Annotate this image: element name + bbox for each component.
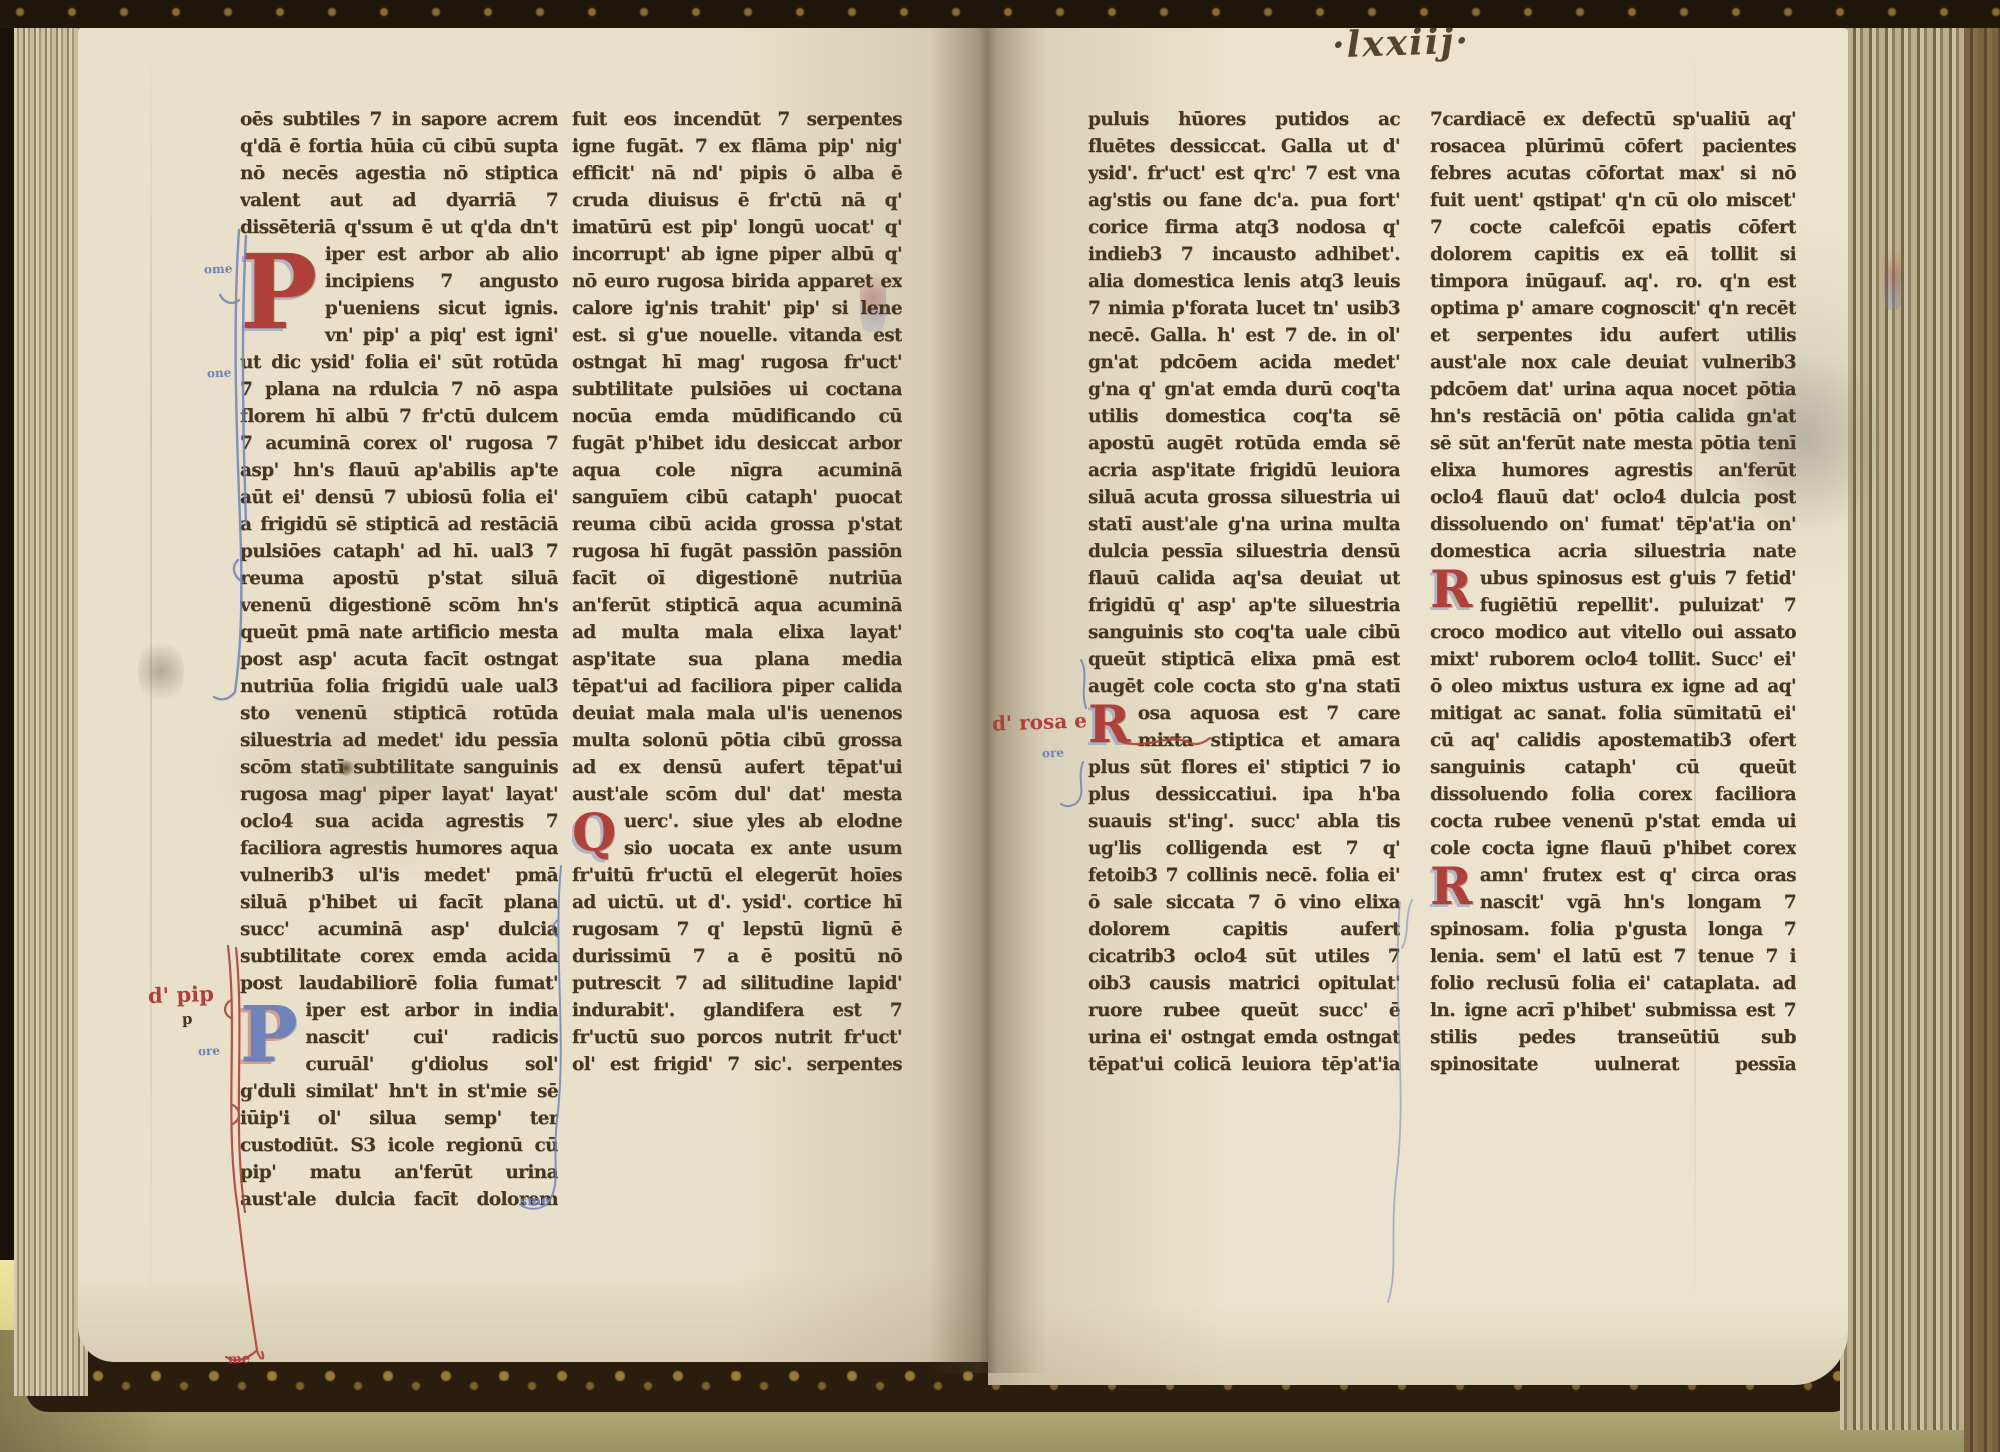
margin-note: d' pip — [148, 981, 215, 1008]
text-column-right-b: 7cardiacē ex defectū sp'ualiū aq' rosace… — [1430, 106, 1796, 1080]
body-text: 7cardiacē ex defectū sp'ualiū aq' rosace… — [1430, 109, 1796, 565]
margin-note: ome — [204, 262, 233, 277]
smudge-stain — [138, 636, 184, 706]
text-column-left-b: fuit eos incendūt 7 serpentes igne fugāt… — [572, 106, 902, 1080]
paragraph-initial-P: Piper est arbor in india nascit' cui' ra… — [240, 997, 558, 1213]
illuminated-initial-Q: Q — [572, 809, 616, 857]
text-column-right-a: puluis hūores putidos ac fluētes dessicc… — [1088, 106, 1400, 1080]
illuminated-initial-R: R — [1430, 863, 1472, 911]
manuscript-photo: ·lxxiij· oēs subtiles 7 in sapore acrem … — [0, 0, 2000, 1452]
body-text: amn' frutex est q' circa oras nascit' vg… — [1430, 865, 1796, 1078]
margin-note: me — [228, 1352, 251, 1368]
book-gutter — [928, 28, 1048, 1373]
book-cover-right-edge — [1964, 0, 2000, 1452]
margin-note: p — [182, 1010, 193, 1028]
margin-note: sme — [520, 1193, 550, 1209]
paragraph-continuation: puluis hūores putidos ac fluētes dessicc… — [1088, 106, 1400, 700]
illuminated-initial-P: P — [240, 998, 297, 1073]
paragraph-continuation: 7cardiacē ex defectū sp'ualiū aq' rosace… — [1430, 106, 1796, 565]
paragraph-initial-R: Rosa aquosa est 7 care mixta stiptica et… — [1088, 700, 1400, 1078]
book-top-binding-edge — [0, 0, 2000, 28]
body-text: iper est arbor ab alio incipiens 7 angus… — [240, 244, 558, 997]
body-text: oēs subtiles 7 in sapore acrem q'dā ē fo… — [240, 109, 558, 241]
paragraph-continuation: fuit eos incendūt 7 serpentes igne fugāt… — [572, 106, 902, 808]
margin-note: one — [207, 366, 232, 381]
paragraph-initial-R: Ramn' frutex est q' circa oras nascit' v… — [1430, 862, 1796, 1078]
paragraph-initial-P: Piper est arbor ab alio incipiens 7 angu… — [240, 241, 558, 997]
page-stack-right-edge — [1840, 28, 1968, 1430]
illuminated-initial-R: R — [1088, 701, 1130, 749]
margin-note: d' rosa e — [992, 708, 1088, 735]
text-column-left-a: oēs subtiles 7 in sapore acrem q'dā ē fo… — [240, 106, 558, 1215]
body-text: ubus spinosus est g'uis 7 fetid' fugiēti… — [1430, 568, 1796, 862]
margin-note: ore — [198, 1044, 220, 1059]
parchment-fold-line — [150, 40, 152, 1320]
body-text: uerc'. siue yles ab elodne sio uocata ex… — [572, 811, 902, 1078]
offset-guide-letter — [1884, 240, 1902, 310]
page-stack-left-edge — [14, 28, 88, 1396]
body-text: puluis hūores putidos ac fluētes dessicc… — [1088, 109, 1400, 700]
body-text: fuit eos incendūt 7 serpentes igne fugāt… — [572, 109, 902, 808]
paragraph-continuation: oēs subtiles 7 in sapore acrem q'dā ē fo… — [240, 106, 558, 241]
illuminated-initial-P: P — [240, 242, 317, 344]
paragraph-initial-Q: Querc'. siue yles ab elodne sio uocata e… — [572, 808, 902, 1078]
body-text: osa aquosa est 7 care mixta stiptica et … — [1088, 703, 1400, 1078]
paragraph-initial-R: Rubus spinosus est g'uis 7 fetid' fugiēt… — [1430, 565, 1796, 862]
illuminated-initial-R: R — [1430, 566, 1472, 614]
margin-note: ore — [1042, 746, 1064, 761]
